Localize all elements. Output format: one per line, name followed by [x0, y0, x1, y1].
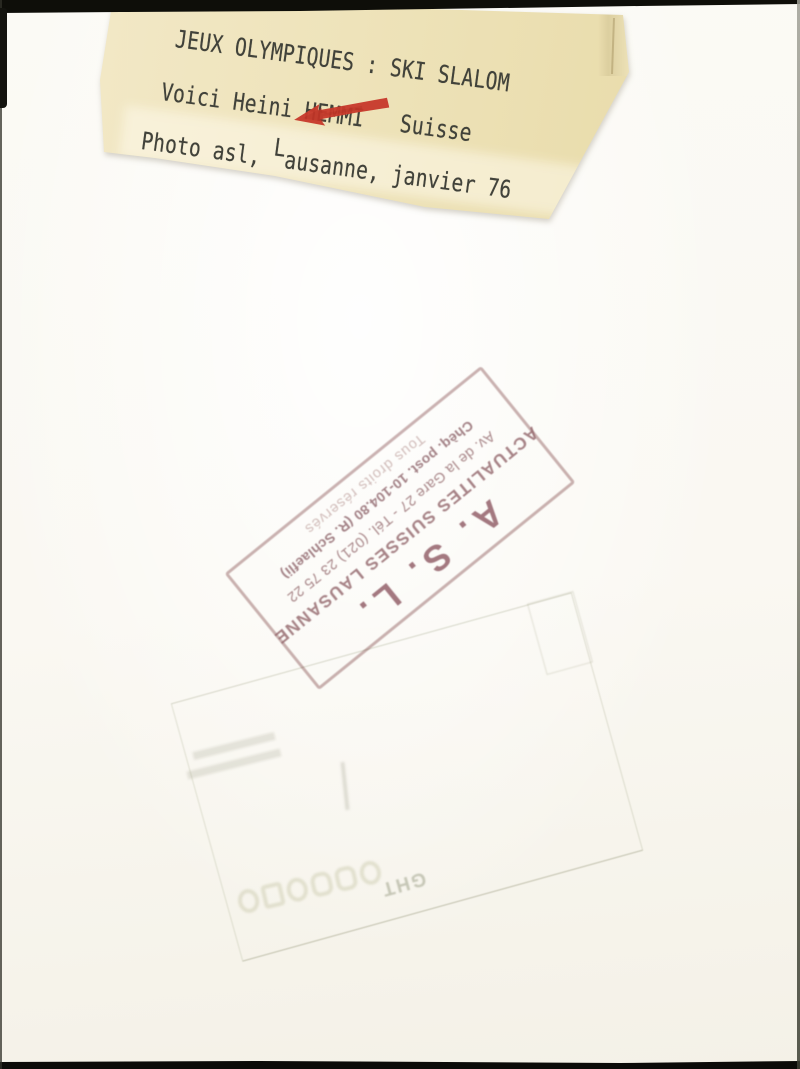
- left-edge-line: [0, 0, 2, 1069]
- bottom-edge-strip: [0, 1058, 800, 1069]
- photo-verso-scan: GHT A. S. L. ACTUALITES SUISSES LAUSANNE…: [0, 0, 800, 1069]
- caption-label-fold-flap: [598, 10, 632, 76]
- left-edge-shadow: [0, 8, 7, 108]
